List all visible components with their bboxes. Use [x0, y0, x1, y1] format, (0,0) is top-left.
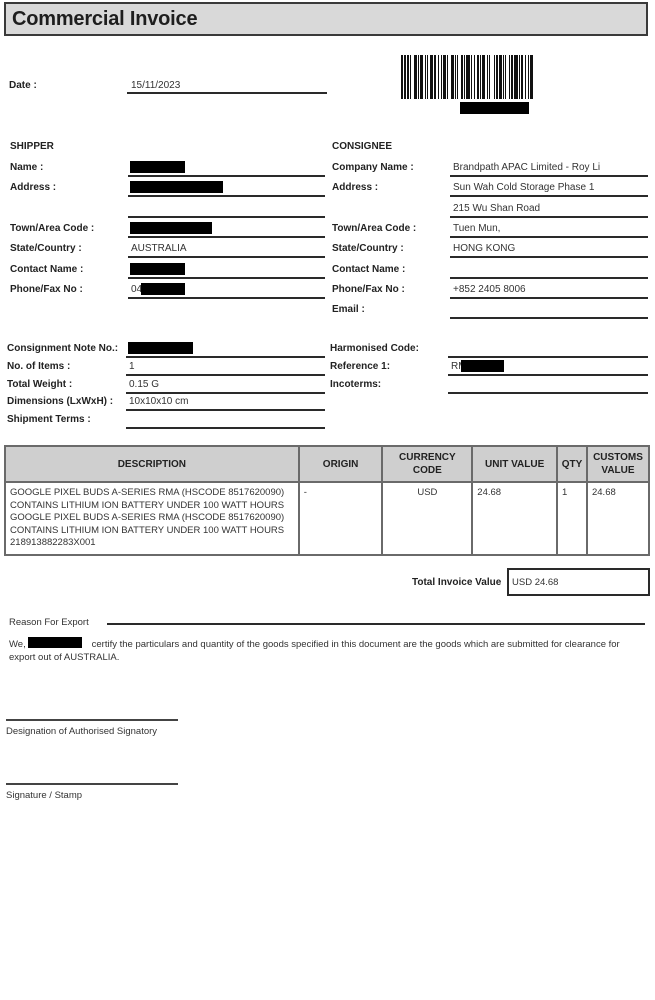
shipment-left-field-underline [126, 427, 325, 429]
barcode-number-redacted [460, 102, 529, 114]
shipper-field-label: State/Country : [10, 243, 82, 254]
cell-unit-value: 24.68 [472, 482, 557, 555]
shipper-redacted-value [130, 181, 223, 193]
table-row: GOOGLE PIXEL BUDS A-SERIES RMA (HSCODE 8… [5, 482, 649, 555]
consignee-field-label: Contact Name : [332, 264, 405, 275]
consignee-field-label: Town/Area Code : [332, 223, 416, 234]
date-value: 15/11/2023 [131, 80, 180, 91]
shipment-right-redacted-value [461, 360, 504, 372]
shipment-right-field-label: Harmonised Code: [330, 343, 419, 354]
shipment-left-redacted-value [128, 342, 193, 354]
shipper-field-label: Address : [10, 182, 56, 193]
cell-customs-value: 24.68 [587, 482, 649, 555]
shipment-left-field-underline [126, 374, 325, 376]
shipment-right-field-underline [448, 356, 648, 358]
shipment-left-field-label: Shipment Terms : [7, 414, 91, 425]
shipment-right-field-underline [448, 392, 648, 394]
shipment-left-field-underline [126, 392, 325, 394]
total-invoice-box: USD 24.68 [507, 568, 650, 596]
cell-origin: - [299, 482, 383, 555]
shipment-right-field-label: Reference 1: [330, 361, 390, 372]
consignee-field-value: Sun Wah Cold Storage Phase 1 [453, 182, 594, 193]
shipment-right-field-underline [448, 374, 648, 376]
shipper-redacted-value [130, 161, 185, 173]
cell-qty: 1 [557, 482, 587, 555]
shipper-redacted-value [141, 283, 185, 295]
consignee-field-underline [450, 216, 648, 218]
shipper-field-underline [128, 216, 325, 218]
col-currency-code: CURRENCY CODE [382, 446, 472, 482]
date-underline [127, 92, 327, 94]
shipment-left-field-label: Consignment Note No.: [7, 343, 118, 354]
reason-for-export-label: Reason For Export [9, 617, 89, 628]
shipper-field-value: AUSTRALIA [131, 243, 187, 254]
shipper-field-label: Contact Name : [10, 264, 83, 275]
col-description: DESCRIPTION [5, 446, 299, 482]
cell-currency: USD [382, 482, 472, 555]
shipper-field-label: Name : [10, 162, 43, 173]
total-invoice-value: USD 24.68 [512, 577, 558, 588]
shipment-left-field-label: Total Weight : [7, 379, 72, 390]
barcode-icon [401, 55, 587, 99]
export-declaration: We, certify the particulars and quantity… [9, 637, 645, 664]
consignee-field-value: HONG KONG [453, 243, 515, 254]
consignee-field-underline [450, 317, 648, 319]
shipper-field-label: Town/Area Code : [10, 223, 94, 234]
shipper-heading: SHIPPER [10, 141, 54, 152]
shipper-redacted-value [130, 263, 185, 275]
col-origin: ORIGIN [299, 446, 383, 482]
shipper-redacted-value [130, 222, 212, 234]
shipment-left-field-label: No. of Items : [7, 361, 70, 372]
table-header-row: DESCRIPTION ORIGIN CURRENCY CODE UNIT VA… [5, 446, 649, 482]
cell-description: GOOGLE PIXEL BUDS A-SERIES RMA (HSCODE 8… [5, 482, 299, 555]
signature-label: Signature / Stamp [6, 790, 82, 801]
date-label: Date : [9, 80, 37, 91]
col-qty: QTY [557, 446, 587, 482]
col-customs-value: CUSTOMS VALUE [587, 446, 649, 482]
shipment-left-field-value: 0.15 G [129, 379, 159, 390]
shipper-field-underline [128, 256, 325, 258]
consignee-field-value: +852 2405 8006 [453, 284, 526, 295]
consignee-field-underline [450, 277, 648, 279]
items-table: DESCRIPTION ORIGIN CURRENCY CODE UNIT VA… [4, 445, 650, 556]
consignee-field-underline [450, 175, 648, 177]
title-bar: Commercial Invoice [4, 2, 648, 36]
shipment-left-field-value: 10x10x10 cm [129, 396, 188, 407]
shipment-left-field-underline [126, 356, 325, 358]
consignee-field-value: 215 Wu Shan Road [453, 203, 540, 214]
consignee-field-label: State/Country : [332, 243, 404, 254]
consignee-field-value: Tuen Mun, [453, 223, 500, 234]
shipper-field-underline [128, 175, 325, 177]
designation-label: Designation of Authorised Signatory [6, 726, 157, 737]
declarant-name-redacted [28, 637, 82, 648]
shipper-field-label: Phone/Fax No : [10, 284, 83, 295]
designation-line [6, 719, 178, 721]
consignee-field-underline [450, 256, 648, 258]
consignee-field-label: Company Name : [332, 162, 414, 173]
signature-line [6, 783, 178, 785]
shipper-field-underline [128, 297, 325, 299]
consignee-field-label: Address : [332, 182, 378, 193]
shipment-left-field-value: 1 [129, 361, 135, 372]
col-unit-value: UNIT VALUE [472, 446, 557, 482]
consignee-field-value: Brandpath APAC Limited - Roy Li [453, 162, 600, 173]
consignee-heading: CONSIGNEE [332, 141, 392, 152]
shipper-field-underline [128, 236, 325, 238]
total-invoice-label: Total Invoice Value [412, 577, 501, 588]
page-title: Commercial Invoice [12, 8, 197, 31]
shipper-field-underline [128, 195, 325, 197]
consignee-field-underline [450, 195, 648, 197]
consignee-field-label: Phone/Fax No : [332, 284, 405, 295]
shipment-left-field-underline [126, 409, 325, 411]
declaration-text: certify the particulars and quantity of … [9, 639, 620, 663]
consignee-field-underline [450, 297, 648, 299]
consignee-field-underline [450, 236, 648, 238]
consignee-field-label: Email : [332, 304, 365, 315]
reason-for-export-line [107, 623, 645, 625]
shipment-left-field-label: Dimensions (LxWxH) : [7, 396, 113, 407]
declaration-prefix: We, [9, 639, 26, 650]
shipment-right-field-label: Incoterms: [330, 379, 381, 390]
shipper-field-underline [128, 277, 325, 279]
